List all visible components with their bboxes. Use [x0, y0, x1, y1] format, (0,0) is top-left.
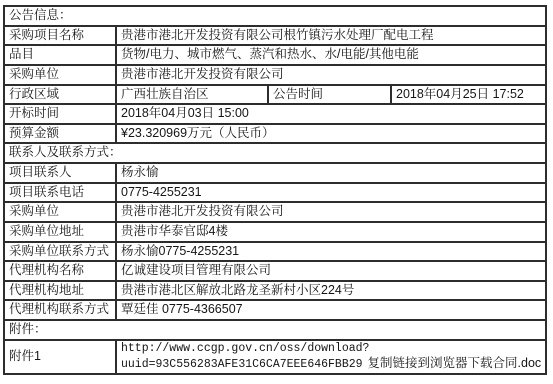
- table-row: 预算金额¥23.320969万元（人民币）: [4, 124, 546, 144]
- attachment-url-line2: uuid=93C556283AFE31C6CA7EEE646FBB29复制链接到…: [121, 356, 541, 372]
- field-label: 开标时间: [4, 104, 116, 124]
- field-value: 贵港市华泰官邸4楼: [116, 222, 546, 242]
- section-row: 公告信息：: [4, 6, 546, 26]
- field-label: 行政区域: [4, 85, 116, 105]
- table-row: 项目联系电话0775-4255231: [4, 183, 546, 203]
- announcement-table-body: 公告信息：采购项目名称贵港市港北开发投资有限公司根竹镇污水处理厂配电工程品目货物…: [4, 6, 546, 374]
- table-row: 代理机构名称亿诚建设项目管理有限公司: [4, 261, 546, 281]
- field-value: 覃廷佳 0775-4366507: [116, 300, 546, 320]
- table-row: 采购单位地址贵港市华泰官邸4楼: [4, 222, 546, 242]
- field-value: 0775-4255231: [116, 183, 546, 203]
- table-row: 采购单位贵港市港北开发投资有限公司: [4, 65, 546, 85]
- field-label: 采购单位: [4, 202, 116, 222]
- field-label: 项目联系人: [4, 163, 116, 183]
- table-row: 项目联系人杨永愉: [4, 163, 546, 183]
- attachment-value: http://www.ccgp.gov.cn/oss/download?uuid…: [116, 340, 546, 374]
- table-row: 品目货物/电力、城市燃气、蒸汽和热水、水/电能/其他电能: [4, 45, 546, 65]
- table-row: 开标时间2018年04月03日 15:00: [4, 104, 546, 124]
- field-value: 贵港市港北开发投资有限公司: [116, 202, 546, 222]
- announcement-table: 公告信息：采购项目名称贵港市港北开发投资有限公司根竹镇污水处理厂配电工程品目货物…: [3, 5, 547, 375]
- table-row: 附件1http://www.ccgp.gov.cn/oss/download?u…: [4, 340, 546, 374]
- field-label: 采购项目名称: [4, 26, 116, 46]
- field-value: 广西壮族自治区: [116, 85, 268, 105]
- attachment-label: 附件1: [4, 340, 116, 374]
- table-row: 采购单位贵港市港北开发投资有限公司: [4, 202, 546, 222]
- field-value: 贵港市港北区解放北路龙圣新村小区224号: [116, 281, 546, 301]
- field-label: 代理机构地址: [4, 281, 116, 301]
- section-header: 公告信息：: [4, 6, 546, 26]
- field-value: 亿诚建设项目管理有限公司: [116, 261, 546, 281]
- table-row: 采购单位联系方式杨永愉0775-4255231: [4, 242, 546, 262]
- field-value: 贵港市港北开发投资有限公司根竹镇污水处理厂配电工程: [116, 26, 546, 46]
- field-label: 公告时间: [268, 85, 391, 105]
- field-value: 杨永愉0775-4255231: [116, 242, 546, 262]
- field-value: 2018年04月03日 15:00: [116, 104, 546, 124]
- field-label: 项目联系电话: [4, 183, 116, 203]
- field-label: 代理机构联系方式: [4, 300, 116, 320]
- field-label: 预算金额: [4, 124, 116, 144]
- section-row: 附件：: [4, 320, 546, 340]
- attachment-download-note: 复制链接到浏览器下载合同.doc: [368, 356, 542, 370]
- section-row: 联系人及联系方式：: [4, 143, 546, 163]
- field-label: 采购单位: [4, 65, 116, 85]
- field-value: 贵港市港北开发投资有限公司: [116, 65, 546, 85]
- field-label: 品目: [4, 45, 116, 65]
- attachment-url-line1: http://www.ccgp.gov.cn/oss/download?: [121, 342, 541, 356]
- field-value: ¥23.320969万元（人民币）: [116, 124, 546, 144]
- field-label: 采购单位联系方式: [4, 242, 116, 262]
- attachment-uuid: uuid=93C556283AFE31C6CA7EEE646FBB29: [121, 358, 363, 371]
- field-label: 代理机构名称: [4, 261, 116, 281]
- section-header: 附件：: [4, 320, 546, 340]
- field-value: 2018年04月25日 17:52: [391, 85, 546, 105]
- section-header: 联系人及联系方式：: [4, 143, 546, 163]
- field-value: 杨永愉: [116, 163, 546, 183]
- table-row: 采购项目名称贵港市港北开发投资有限公司根竹镇污水处理厂配电工程: [4, 26, 546, 46]
- field-label: 采购单位地址: [4, 222, 116, 242]
- table-row: 行政区域广西壮族自治区公告时间2018年04月25日 17:52: [4, 85, 546, 105]
- table-row: 代理机构地址贵港市港北区解放北路龙圣新村小区224号: [4, 281, 546, 301]
- field-value: 货物/电力、城市燃气、蒸汽和热水、水/电能/其他电能: [116, 45, 546, 65]
- table-row: 代理机构联系方式覃廷佳 0775-4366507: [4, 300, 546, 320]
